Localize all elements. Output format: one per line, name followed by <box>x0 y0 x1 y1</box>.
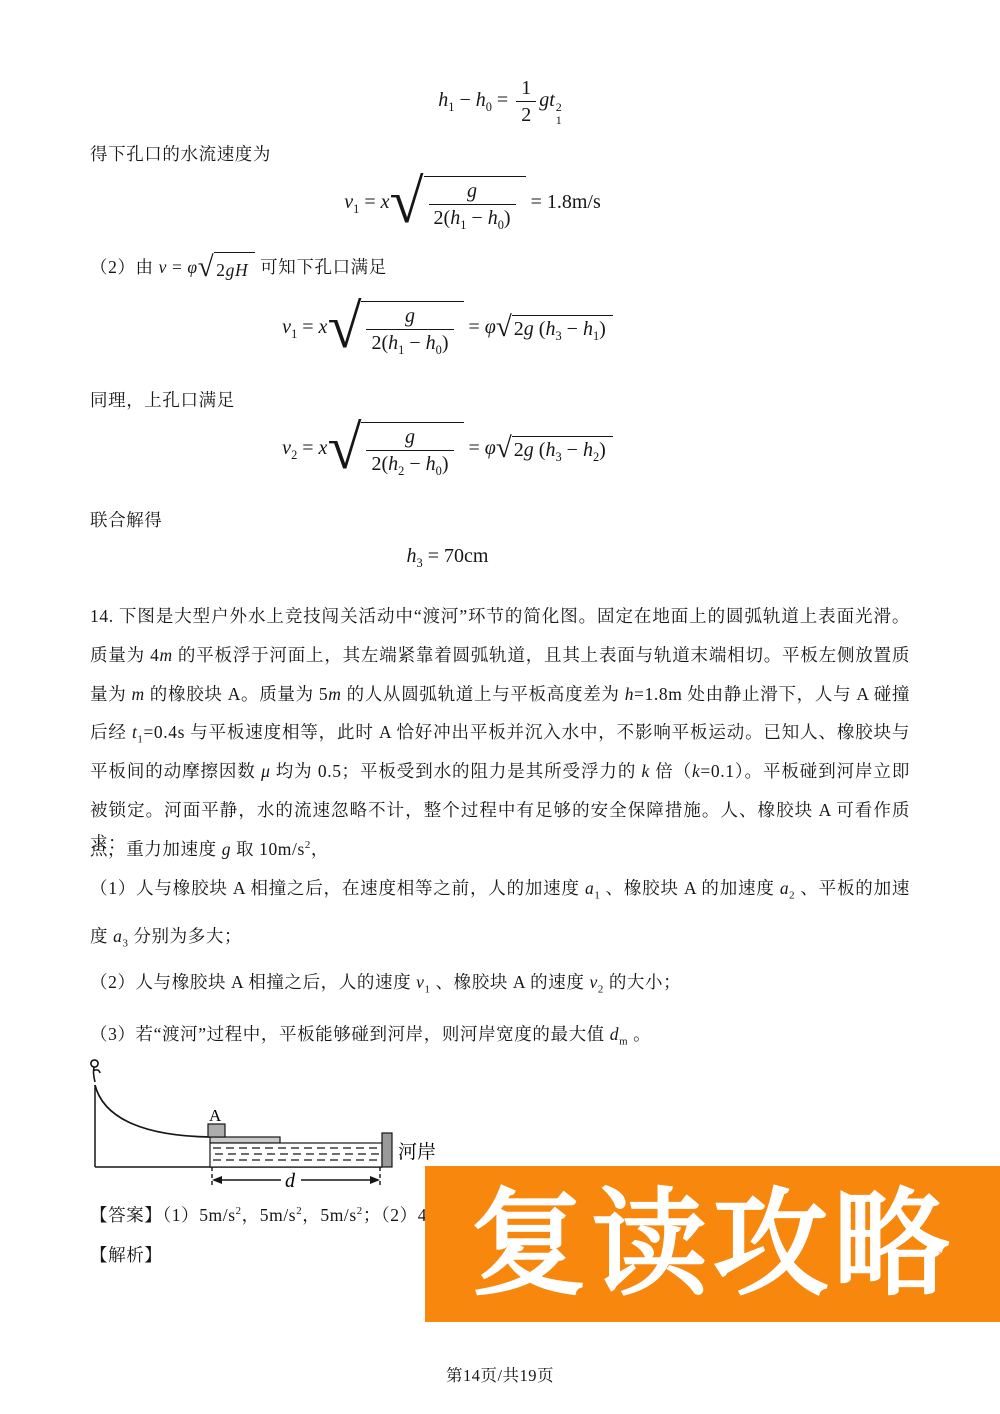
problem-14-item-3: （3）若“渡河”过程中，平板能够碰到河岸，则河岸宽度的最大值 dm 。 <box>90 1010 910 1058</box>
formula-v1-value: v1 = x√g2(h1 − h0) = 1.8m/s <box>0 176 1000 231</box>
distance-arrow <box>212 1167 380 1188</box>
problem-14-item-1: （1）人与橡胶块 A 相撞之后，在速度相等之前，人的加速度 a1 、橡胶块 A … <box>90 864 910 960</box>
analysis-label: 【解析】 <box>90 1240 162 1270</box>
formula-upper-hole: v2 = x√g2(h2 − h0) = φ√2g (h3 − h2) <box>0 422 1000 477</box>
distance-label: d <box>285 1170 296 1192</box>
formula-lower-hole: v1 = x√g2(h1 − h0) = φ√2g (h3 − h1) <box>0 301 1000 356</box>
riverbank-wall <box>382 1133 392 1167</box>
solution-step-text-3: 同理，上孔口满足 <box>90 385 235 415</box>
formula-h3-result: h3 = 70cm <box>0 545 1000 568</box>
plank <box>210 1137 280 1143</box>
block-a-label: A <box>209 1106 222 1125</box>
riverbank-label: 河岸 <box>398 1141 436 1163</box>
formula-height-drop: h1 − h0 = 12gt21 <box>0 76 1000 127</box>
solution-step-text-1: 得下孔口的水流速度为 <box>90 139 271 169</box>
problem-14-ask-label: 求： <box>90 828 126 858</box>
slide-curve <box>95 1085 210 1137</box>
watermark-banner: 复读攻略 <box>425 1166 1000 1322</box>
block-a <box>208 1124 225 1137</box>
document-page: h1 − h0 = 12gt21 得下孔口的水流速度为 v1 = x√g2(h1… <box>0 0 1000 1414</box>
problem-14-body: 14. 下图是大型户外水上竞技闯关活动中“渡河”环节的简化图。固定在地面上的圆弧… <box>90 597 910 869</box>
problem-14-item-2: （2）人与橡胶块 A 相撞之后，人的速度 v1 、橡胶块 A 的速度 v2 的大… <box>90 958 910 1006</box>
solution-step-text-4: 联合解得 <box>90 505 162 535</box>
page-footer: 第14页/共19页 <box>0 1362 1000 1386</box>
person-icon <box>91 1060 100 1082</box>
solution-step-text-2: （2）由 v = φ√2gH 可知下孔口满足 <box>90 252 387 286</box>
answer-line: 【答案】（1）5m/s2，5m/s2，5m/s2；（2）4m <box>90 1200 441 1230</box>
water-surface <box>210 1143 382 1167</box>
